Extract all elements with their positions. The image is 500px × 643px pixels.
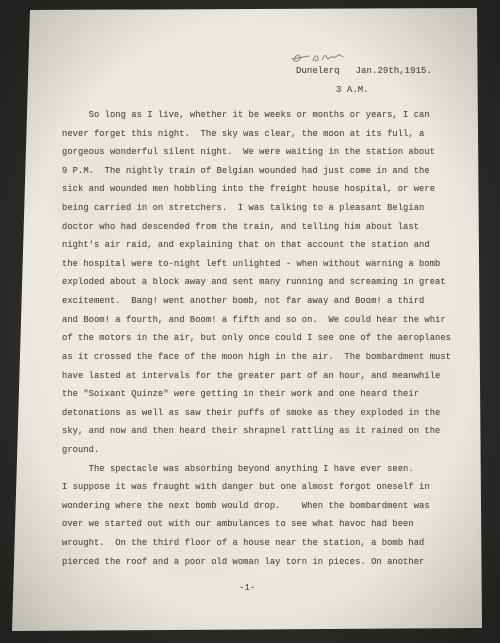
text-line: excitement. Bang! went another bomb, not… <box>62 292 451 311</box>
text-line: wondering where the next bomb would drop… <box>62 497 451 516</box>
text-line: 9 P.M. The nightly train of Belgian woun… <box>62 162 451 181</box>
text-line: So long as I live, whether it be weeks o… <box>62 106 451 125</box>
text-line: doctor who had descended from the train,… <box>62 218 451 237</box>
text-line: pierced the roof and a poor old woman la… <box>62 553 451 572</box>
handwritten-annotation <box>291 51 347 65</box>
text-line: have lasted at intervals for the greater… <box>62 367 451 386</box>
text-line: over we started out with our ambulances … <box>62 515 451 534</box>
text-line: night's air raid, and explaining that on… <box>62 236 451 255</box>
typewritten-body: So long as I live, whether it be weeks o… <box>62 106 451 571</box>
text-line: gorgeous wonderful silent night. We were… <box>62 143 451 162</box>
place-name: Dunelerq <box>296 66 340 76</box>
text-line: ground. <box>62 441 451 460</box>
text-line: sick and wounded men hobbling into the f… <box>62 180 451 199</box>
text-line: as it crossed the face of the moon high … <box>62 348 451 367</box>
date-text: Jan.29th,1915. <box>356 66 432 76</box>
text-line: and Boom! a fourth, and Boom! a fifth an… <box>62 311 451 330</box>
text-line: never forget this night. The sky was cle… <box>62 125 451 144</box>
text-line: The spectacle was absorbing beyond anyth… <box>62 460 451 479</box>
text-line: I suppose it was fraught with danger but… <box>62 478 451 497</box>
letter-page: Dunelerq Jan.29th,1915. 3 A.M. So long a… <box>0 0 500 643</box>
text-line: of the motors in the air, but only once … <box>62 329 451 348</box>
text-line: sky, and now and then heard their shrapn… <box>62 422 451 441</box>
text-line: the hospital were to-night left unlighte… <box>62 255 451 274</box>
text-line: wrought. On the third floor of a house n… <box>62 534 451 553</box>
text-line: detonations as well as saw their puffs o… <box>62 404 451 423</box>
text-line: the "Soixant Quinze" were getting in the… <box>62 385 451 404</box>
text-line: being carried in on stretchers. I was ta… <box>62 199 451 218</box>
time-text: 3 A.M. <box>336 85 369 95</box>
dateline: Dunelerq Jan.29th,1915. <box>296 66 432 76</box>
page-number: -1- <box>239 583 255 593</box>
text-line: exploded about a block away and sent man… <box>62 273 451 292</box>
